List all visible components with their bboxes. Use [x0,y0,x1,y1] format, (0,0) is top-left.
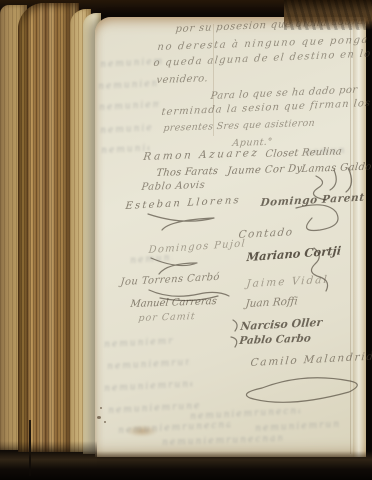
signature-flourishes [0,0,372,480]
pin-marker [29,420,31,476]
dark-bottom-band [0,451,372,480]
signature-flourish [151,258,197,274]
signature-flourish [314,176,327,200]
signature-flourish [311,248,327,291]
book-cover-corner [284,0,372,30]
signature-flourish [231,320,237,347]
signature-flourish [148,214,214,230]
signature-flourish [149,290,229,301]
signature-flourish [246,378,357,403]
signature-flourish [330,168,352,192]
signature-flourish [296,205,338,231]
manuscript-photo: nemuniemrunecnamurenuonemuniemrunecnamur… [0,0,372,480]
